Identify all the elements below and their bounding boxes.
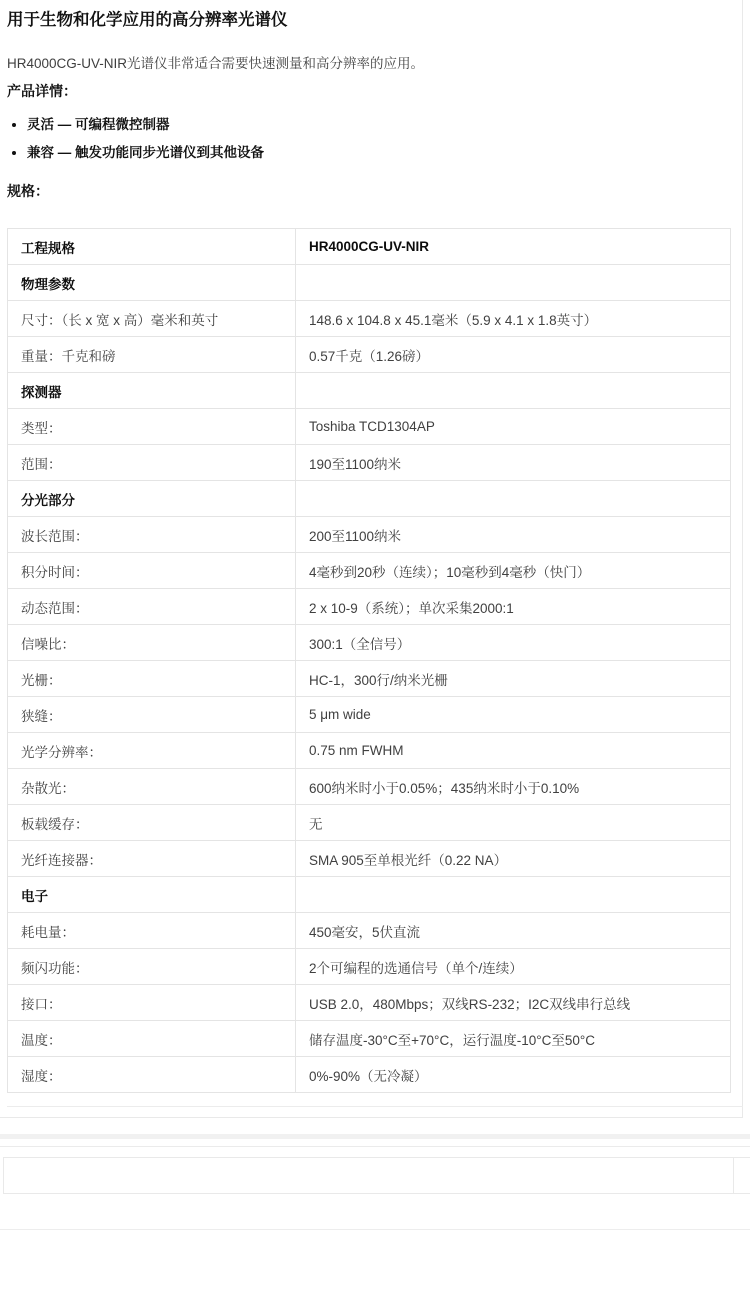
spec-value: 0%-90%（无冷凝）	[296, 1057, 731, 1093]
spec-value: SMA 905至单根光纤（0.22 NA）	[296, 841, 731, 877]
spec-row: 频闪功能：2个可编程的选通信号（单个/连续）	[8, 949, 731, 985]
spec-label: 范围：	[8, 445, 296, 481]
spec-row: 动态范围：2 x 10-9（系统）；单次采集2000:1	[8, 589, 731, 625]
spec-row: 波长范围：200至1100纳米	[8, 517, 731, 553]
spec-label: 类型：	[8, 409, 296, 445]
spec-row: 工程规格HR4000CG-UV-NIR	[8, 229, 731, 265]
spec-label: 探测器	[8, 373, 296, 409]
spec-label: 接口：	[8, 985, 296, 1021]
spec-label: 波长范围：	[8, 517, 296, 553]
spec-row: 重量：千克和磅0.57千克（1.26磅）	[8, 337, 731, 373]
spec-row: 尺寸：（长 x 宽 x 高）毫米和英寸148.6 x 104.8 x 45.1毫…	[8, 301, 731, 337]
spec-row: 积分时间：4毫秒到20秒（连续）；10毫秒到4毫秒（快门）	[8, 553, 731, 589]
spec-label: 动态范围：	[8, 589, 296, 625]
spec-value: 600纳米时小于0.05%；435纳米时小于0.10%	[296, 769, 731, 805]
spec-value	[296, 373, 731, 409]
spec-row: 范围：190至1100纳米	[8, 445, 731, 481]
spec-label: 板载缓存：	[8, 805, 296, 841]
feature-item: 兼容 — 触发功能同步光谱仪到其他设备	[27, 146, 742, 160]
spec-row: 板载缓存：无	[8, 805, 731, 841]
spec-value: 0.75 nm FWHM	[296, 733, 731, 769]
spec-label: 耗电量：	[8, 913, 296, 949]
product-feature-list: 灵活 — 可编程微控制器 兼容 — 触发功能同步光谱仪到其他设备	[7, 118, 742, 160]
spec-table-body: 工程规格HR4000CG-UV-NIR物理参数尺寸：（长 x 宽 x 高）毫米和…	[8, 229, 731, 1093]
spec-value: HC-1，300行/纳米光栅	[296, 661, 731, 697]
spec-row: 耗电量：450毫安，5伏直流	[8, 913, 731, 949]
spec-label: 狭缝：	[8, 697, 296, 733]
spec-table: 工程规格HR4000CG-UV-NIR物理参数尺寸：（长 x 宽 x 高）毫米和…	[7, 228, 731, 1093]
spec-value: 300:1（全信号）	[296, 625, 731, 661]
spec-value: 0.57千克（1.26磅）	[296, 337, 731, 373]
spec-label: 光纤连接器：	[8, 841, 296, 877]
empty-panel	[3, 1157, 750, 1194]
spec-label: 杂散光：	[8, 769, 296, 805]
spec-row: 类型：Toshiba TCD1304AP	[8, 409, 731, 445]
spec-label: 信噪比：	[8, 625, 296, 661]
footer-divider-line	[0, 1146, 750, 1147]
spec-label: 分光部分	[8, 481, 296, 517]
spec-value	[296, 481, 731, 517]
spec-label: 积分时间：	[8, 553, 296, 589]
spec-value	[296, 265, 731, 301]
spec-row: 电子	[8, 877, 731, 913]
spec-value: 2个可编程的选通信号（单个/连续）	[296, 949, 731, 985]
spec-value: 148.6 x 104.8 x 45.1毫米（5.9 x 4.1 x 1.8英寸…	[296, 301, 731, 337]
spec-label: 光栅：	[8, 661, 296, 697]
product-content: 用于生物和化学应用的高分辨率光谱仪 HR4000CG-UV-NIR光谱仪非常适合…	[0, 9, 742, 1107]
spec-label: 重量：千克和磅	[8, 337, 296, 373]
spec-row: 光学分辨率：0.75 nm FWHM	[8, 733, 731, 769]
product-intro-text: HR4000CG-UV-NIR光谱仪非常适合需要快速测量和高分辨率的应用。	[7, 55, 742, 73]
spec-row: 物理参数	[8, 265, 731, 301]
spec-row: 温度：储存温度-30°C至+70°C，运行温度-10°C至50°C	[8, 1021, 731, 1057]
spec-row: 杂散光：600纳米时小于0.05%；435纳米时小于0.10%	[8, 769, 731, 805]
spec-label: 温度：	[8, 1021, 296, 1057]
spec-label: 湿度：	[8, 1057, 296, 1093]
product-content-container: 用于生物和化学应用的高分辨率光谱仪 HR4000CG-UV-NIR光谱仪非常适合…	[0, 0, 743, 1118]
page-title: 用于生物和化学应用的高分辨率光谱仪	[7, 9, 742, 31]
spec-label: 工程规格	[8, 229, 296, 265]
feature-item: 灵活 — 可编程微控制器	[27, 118, 742, 132]
spec-value: 储存温度-30°C至+70°C，运行温度-10°C至50°C	[296, 1021, 731, 1057]
spec-value: 200至1100纳米	[296, 517, 731, 553]
footer-divider-line	[0, 1229, 750, 1230]
spec-value	[296, 877, 731, 913]
spec-table-wrapper: 工程规格HR4000CG-UV-NIR物理参数尺寸：（长 x 宽 x 高）毫米和…	[7, 228, 743, 1107]
spec-row: 狭缝：5 μm wide	[8, 697, 731, 733]
spec-row: 湿度：0%-90%（无冷凝）	[8, 1057, 731, 1093]
spec-label: 频闪功能：	[8, 949, 296, 985]
spec-row: 信噪比：300:1（全信号）	[8, 625, 731, 661]
spec-value: HR4000CG-UV-NIR	[296, 229, 731, 265]
spec-value: 450毫安，5伏直流	[296, 913, 731, 949]
spec-label: 光学分辨率：	[8, 733, 296, 769]
spec-value: 2 x 10-9（系统）；单次采集2000:1	[296, 589, 731, 625]
spec-row: 光栅：HC-1，300行/纳米光栅	[8, 661, 731, 697]
spec-value: Toshiba TCD1304AP	[296, 409, 731, 445]
spec-value: USB 2.0，480Mbps；双线RS-232；I2C双线串行总线	[296, 985, 731, 1021]
spec-label: 物理参数	[8, 265, 296, 301]
spec-row: 探测器	[8, 373, 731, 409]
footer-separator-band	[0, 1134, 750, 1139]
product-details-label: 产品详情：	[7, 82, 742, 100]
spec-value: 无	[296, 805, 731, 841]
spec-row: 接口：USB 2.0，480Mbps；双线RS-232；I2C双线串行总线	[8, 985, 731, 1021]
spec-value: 190至1100纳米	[296, 445, 731, 481]
spec-row: 分光部分	[8, 481, 731, 517]
spec-value: 4毫秒到20秒（连续）；10毫秒到4毫秒（快门）	[296, 553, 731, 589]
empty-panel-divider	[733, 1158, 734, 1193]
spec-label: 尺寸：（长 x 宽 x 高）毫米和英寸	[8, 301, 296, 337]
specs-section-label: 规格：	[7, 182, 742, 200]
spec-label: 电子	[8, 877, 296, 913]
spec-row: 光纤连接器：SMA 905至单根光纤（0.22 NA）	[8, 841, 731, 877]
spec-value: 5 μm wide	[296, 697, 731, 733]
